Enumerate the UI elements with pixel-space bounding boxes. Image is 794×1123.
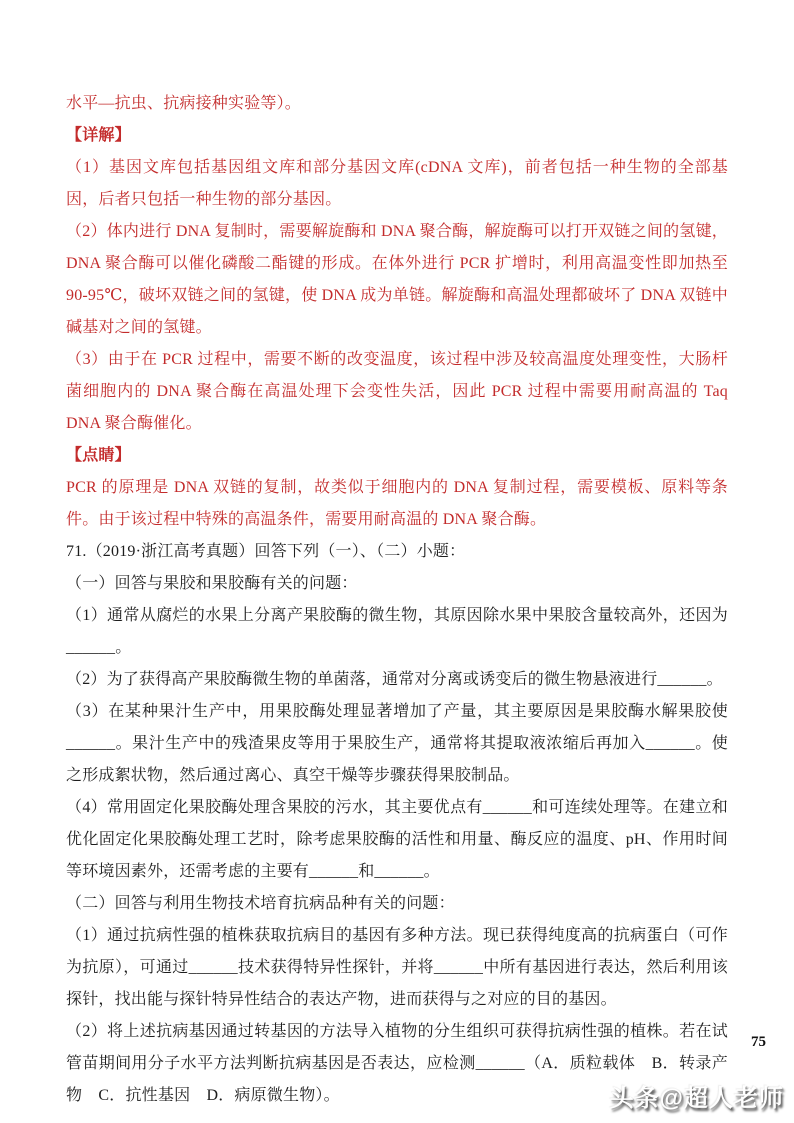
highlight-label: 【点睛】 <box>66 440 728 472</box>
section-1-q3: （3）在某种果汁生产中，用果胶酶处理显著增加了产量，其主要原因是果胶酶水解果胶使… <box>66 696 728 792</box>
document-body: 水平—抗虫、抗病接种实验等）。【详解】（1）基因文库包括基因组文库和部分基因文库… <box>66 88 728 1112</box>
section-1-q2: （2）为了获得高产果胶酶微生物的单菌落，通常对分离或诱变后的微生物悬液进行___… <box>66 664 728 696</box>
section-1-q1: （1）通常从腐烂的水果上分离产果胶酶的微生物，其原因除水果中果胶含量较高外，还因… <box>66 600 728 664</box>
detail-label: 【详解】 <box>66 120 728 152</box>
detail-point-2: （2）体内进行 DNA 复制时，需要解旋酶和 DNA 聚合酶，解旋酶可以打开双链… <box>66 216 728 344</box>
detail-point-1: （1）基因文库包括基因组文库和部分基因文库(cDNA 文库)，前者包括一种生物的… <box>66 152 728 216</box>
highlight-text: PCR 的原理是 DNA 双链的复制，故类似于细胞内的 DNA 复制过程，需要模… <box>66 472 728 536</box>
watermark: 头条@超人老师 <box>610 1078 784 1113</box>
question-71-header: 71.（2019·浙江高考真题）回答下列（一）、（二）小题： <box>66 536 728 568</box>
page-number: 75 <box>751 1034 766 1051</box>
detail-point-3: （3）由于在 PCR 过程中，需要不断的改变温度，该过程中涉及较高温度处理变性，… <box>66 344 728 440</box>
answer-text-continuation: 水平—抗虫、抗病接种实验等）。 <box>66 88 728 120</box>
section-2-header: （二）回答与利用生物技术培育抗病品种有关的问题： <box>66 888 728 920</box>
section-2-q1: （1）通过抗病性强的植株获取抗病目的基因有多种方法。现已获得纯度高的抗病蛋白（可… <box>66 920 728 1016</box>
section-1-q4: （4）常用固定化果胶酶处理含果胶的污水，其主要优点有______和可连续处理等。… <box>66 792 728 888</box>
section-1-header: （一）回答与果胶和果胶酶有关的问题： <box>66 568 728 600</box>
document-page: 水平—抗虫、抗病接种实验等）。【详解】（1）基因文库包括基因组文库和部分基因文库… <box>0 0 794 1123</box>
